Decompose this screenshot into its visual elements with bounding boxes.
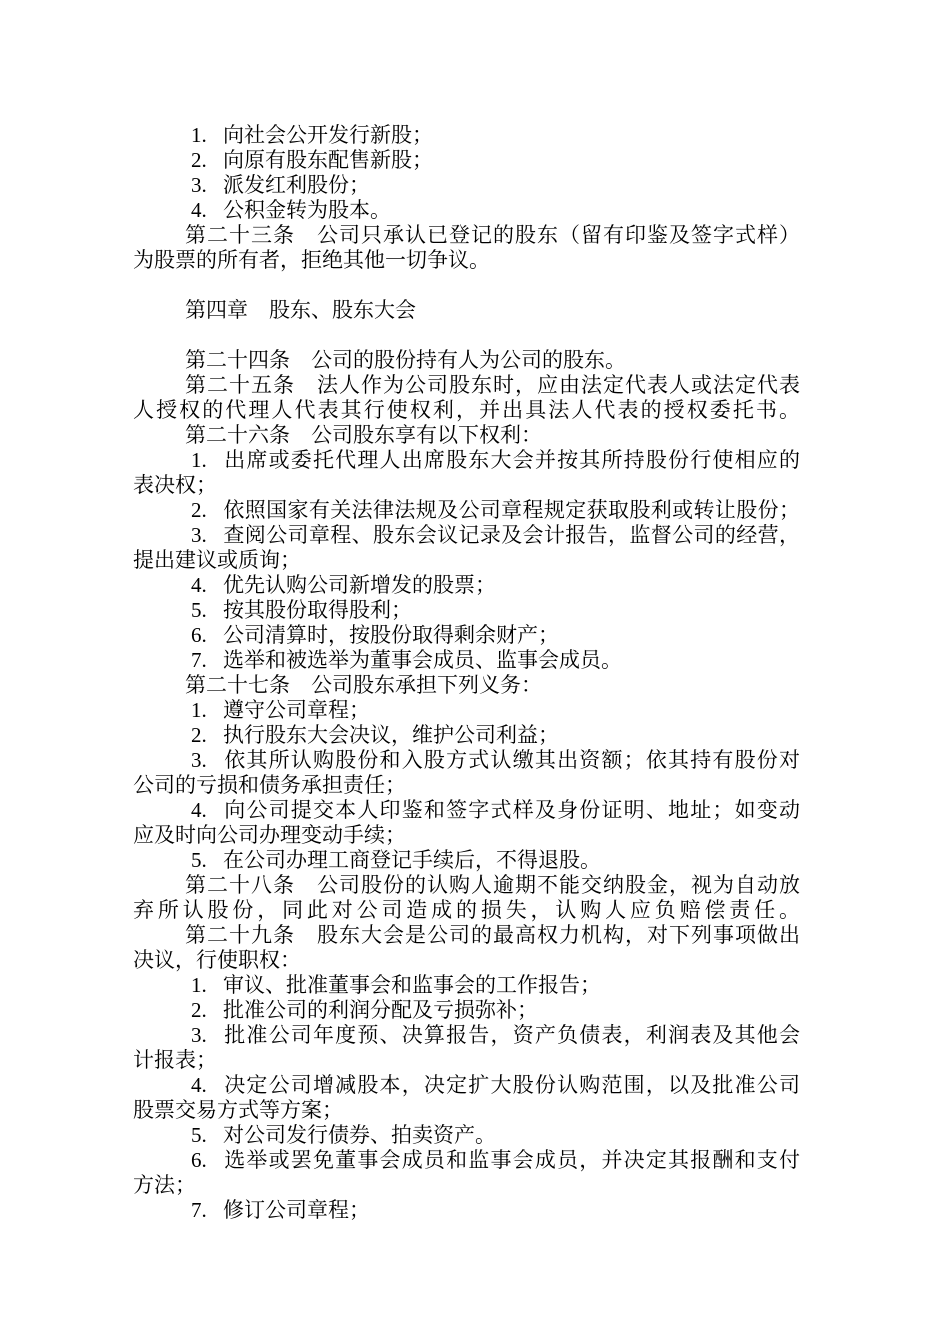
line-text: 第四章 股东、股东大会 <box>185 298 416 322</box>
line-text: 公司的亏损和债务承担责任； <box>133 773 406 797</box>
list-number: 1. <box>191 123 223 148</box>
document-line: 第四章 股东、股东大会 <box>133 298 800 323</box>
document-line: 第二十五条 法人作为公司股东时，应由法定代表人或法定代表 <box>133 373 800 398</box>
document-line: 公司的亏损和债务承担责任； <box>133 773 800 798</box>
line-text: 批准公司的利润分配及亏损弥补； <box>223 998 538 1022</box>
document-line: 4.决定公司增减股本，决定扩大股份认购范围，以及批准公司 <box>133 1073 800 1098</box>
document-line: 2.依照国家有关法律法规及公司章程规定获取股利或转让股份； <box>133 498 800 523</box>
list-number: 1. <box>191 698 223 723</box>
document-line: 3.查阅公司章程、股东会议记录及会计报告，监督公司的经营， <box>133 523 800 548</box>
document-line: 2.向原有股东配售新股； <box>133 148 800 173</box>
line-text: 向原有股东配售新股； <box>223 148 433 172</box>
list-number: 5. <box>191 848 223 873</box>
line-text: 为股票的所有者，拒绝其他一切争议。 <box>133 248 490 272</box>
document-line: 第二十九条 股东大会是公司的最高权力机构，对下列事项做出 <box>133 923 800 948</box>
document-line: 第二十四条 公司的股份持有人为公司的股东。 <box>133 348 800 373</box>
document-line: 第二十七条 公司股东承担下列义务： <box>133 673 800 698</box>
line-text: 第二十七条 公司股东承担下列义务： <box>185 673 542 697</box>
list-number: 1. <box>191 448 223 473</box>
line-text: 对公司发行债券、拍卖资产。 <box>223 1123 496 1147</box>
list-number: 2. <box>191 998 223 1023</box>
list-number: 7. <box>191 648 223 673</box>
line-text: 决定公司增减股本，决定扩大股份认购范围，以及批准公司 <box>223 1073 800 1097</box>
document-line: 1.出席或委托代理人出席股东大会并按其所持股份行使相应的 <box>133 448 800 473</box>
document-line: 1.向社会公开发行新股； <box>133 123 800 148</box>
document-line: 1.审议、批准董事会和监事会的工作报告； <box>133 973 800 998</box>
line-text: 人授权的代理人代表其行使权利，并出具法人代表的授权委托书。 <box>133 398 800 422</box>
document-line: 6.选举或罢免董事会成员和监事会成员，并决定其报酬和支付 <box>133 1148 800 1173</box>
document-line: 2.批准公司的利润分配及亏损弥补； <box>133 998 800 1023</box>
list-number: 2. <box>191 148 223 173</box>
line-text: 计报表； <box>133 1048 217 1072</box>
line-text: 第二十五条 法人作为公司股东时，应由法定代表人或法定代表 <box>185 373 800 397</box>
document-line: 7.选举和被选举为董事会成员、监事会成员。 <box>133 648 800 673</box>
document-line: 1.遵守公司章程； <box>133 698 800 723</box>
line-text: 批准公司年度预、决算报告，资产负债表，利润表及其他会 <box>223 1023 800 1047</box>
list-number: 2. <box>191 723 223 748</box>
document-line: 第二十六条 公司股东享有以下权利： <box>133 423 800 448</box>
line-text: 优先认购公司新增发的股票； <box>223 573 496 597</box>
document-body: 1.向社会公开发行新股；2.向原有股东配售新股；3.派发红利股份；4.公积金转为… <box>133 123 800 1223</box>
line-text: 依其所认购股份和入股方式认缴其出资额；依其持有股份对 <box>223 748 800 772</box>
document-line: 5.在公司办理工商登记手续后，不得退股。 <box>133 848 800 873</box>
list-number: 6. <box>191 1148 223 1173</box>
document-line <box>133 273 800 298</box>
document-line: 5.按其股份取得股利； <box>133 598 800 623</box>
list-number: 4. <box>191 198 223 223</box>
line-text: 向社会公开发行新股； <box>223 123 433 147</box>
line-text: 派发红利股份； <box>223 173 370 197</box>
list-number: 4. <box>191 798 223 823</box>
list-number: 3. <box>191 748 223 773</box>
document-line: 为股票的所有者，拒绝其他一切争议。 <box>133 248 800 273</box>
document-line: 3.依其所认购股份和入股方式认缴其出资额；依其持有股份对 <box>133 748 800 773</box>
list-number: 7. <box>191 1198 223 1223</box>
line-text: 依照国家有关法律法规及公司章程规定获取股利或转让股份； <box>223 498 800 522</box>
document-line: 6.公司清算时，按股份取得剩余财产； <box>133 623 800 648</box>
list-number: 6. <box>191 623 223 648</box>
document-line: 人授权的代理人代表其行使权利，并出具法人代表的授权委托书。 <box>133 398 800 423</box>
document-line: 7.修订公司章程； <box>133 1198 800 1223</box>
line-text: 第二十八条 公司股份的认购人逾期不能交纳股金，视为自动放 <box>185 873 800 897</box>
line-text: 方法； <box>133 1173 196 1197</box>
document-line: 方法； <box>133 1173 800 1198</box>
line-text: 按其股份取得股利； <box>223 598 412 622</box>
document-line: 4.公积金转为股本。 <box>133 198 800 223</box>
document-line: 股票交易方式等方案； <box>133 1098 800 1123</box>
line-text: 提出建议或质询； <box>133 548 301 572</box>
document-line: 表决权； <box>133 473 800 498</box>
line-text: 第二十九条 股东大会是公司的最高权力机构，对下列事项做出 <box>185 923 800 947</box>
list-number: 3. <box>191 1023 223 1048</box>
document-page: 1.向社会公开发行新股；2.向原有股东配售新股；3.派发红利股份；4.公积金转为… <box>0 0 950 1344</box>
line-text: 公司清算时，按股份取得剩余财产； <box>223 623 559 647</box>
document-line: 4.向公司提交本人印鉴和签字式样及身份证明、地址；如变动 <box>133 798 800 823</box>
line-text: 决议，行使职权： <box>133 948 301 972</box>
document-line: 提出建议或质询； <box>133 548 800 573</box>
document-line: 4.优先认购公司新增发的股票； <box>133 573 800 598</box>
line-text: 表决权； <box>133 473 217 497</box>
document-line: 应及时向公司办理变动手续； <box>133 823 800 848</box>
line-text: 第二十六条 公司股东享有以下权利： <box>185 423 542 447</box>
list-number: 1. <box>191 973 223 998</box>
document-line <box>133 323 800 348</box>
document-line: 决议，行使职权： <box>133 948 800 973</box>
line-text: 选举和被选举为董事会成员、监事会成员。 <box>223 648 622 672</box>
list-number: 5. <box>191 1123 223 1148</box>
line-text: 第二十三条 公司只承认已登记的股东（留有印鉴及签字式样） <box>185 223 800 247</box>
line-text: 修订公司章程； <box>223 1198 370 1222</box>
line-text: 公积金转为股本。 <box>223 198 391 222</box>
list-number: 4. <box>191 573 223 598</box>
line-text: 应及时向公司办理变动手续； <box>133 823 406 847</box>
document-line: 3.派发红利股份； <box>133 173 800 198</box>
list-number: 4. <box>191 1073 223 1098</box>
document-line: 第二十三条 公司只承认已登记的股东（留有印鉴及签字式样） <box>133 223 800 248</box>
line-text: 审议、批准董事会和监事会的工作报告； <box>223 973 601 997</box>
line-text: 执行股东大会决议，维护公司利益； <box>223 723 559 747</box>
document-line: 第二十八条 公司股份的认购人逾期不能交纳股金，视为自动放 <box>133 873 800 898</box>
line-text: 在公司办理工商登记手续后，不得退股。 <box>223 848 601 872</box>
list-number: 3. <box>191 173 223 198</box>
list-number: 3. <box>191 523 223 548</box>
line-text: 弃所认股份，同此对公司造成的损失，认购人应负赔偿责任。 <box>133 898 800 922</box>
line-text: 遵守公司章程； <box>223 698 370 722</box>
line-text: 选举或罢免董事会成员和监事会成员，并决定其报酬和支付 <box>223 1148 800 1172</box>
document-line: 计报表； <box>133 1048 800 1073</box>
document-line: 2.执行股东大会决议，维护公司利益； <box>133 723 800 748</box>
list-number: 2. <box>191 498 223 523</box>
line-text: 出席或委托代理人出席股东大会并按其所持股份行使相应的 <box>223 448 800 472</box>
line-text: 查阅公司章程、股东会议记录及会计报告，监督公司的经营， <box>223 523 800 547</box>
line-text: 向公司提交本人印鉴和签字式样及身份证明、地址；如变动 <box>223 798 800 822</box>
line-text: 股票交易方式等方案； <box>133 1098 343 1122</box>
line-text: 第二十四条 公司的股份持有人为公司的股东。 <box>185 348 626 372</box>
document-line: 弃所认股份，同此对公司造成的损失，认购人应负赔偿责任。 <box>133 898 800 923</box>
document-line: 3.批准公司年度预、决算报告，资产负债表，利润表及其他会 <box>133 1023 800 1048</box>
document-line: 5.对公司发行债券、拍卖资产。 <box>133 1123 800 1148</box>
list-number: 5. <box>191 598 223 623</box>
